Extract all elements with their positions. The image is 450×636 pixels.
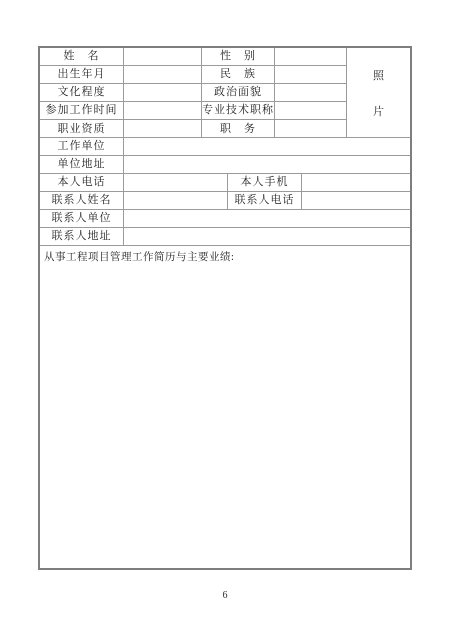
qualification-field[interactable] bbox=[124, 120, 202, 138]
row-work-unit: 工作单位 bbox=[40, 138, 410, 156]
row-unit-address: 单位地址 bbox=[40, 156, 410, 174]
personal-mobile-label: 本人手机 bbox=[228, 174, 302, 191]
personal-phone-label: 本人电话 bbox=[40, 174, 124, 191]
position-field[interactable] bbox=[275, 120, 347, 138]
contact-phone-field[interactable] bbox=[302, 192, 410, 209]
birth-date-label: 出生年月 bbox=[40, 66, 124, 83]
contact-address-field[interactable] bbox=[124, 228, 410, 245]
contact-name-field[interactable] bbox=[124, 192, 228, 209]
political-status-label: 政治面貌 bbox=[202, 84, 275, 101]
row-qualification-position: 职业资质 职 务 bbox=[40, 120, 347, 138]
gender-field[interactable] bbox=[275, 48, 347, 65]
personal-mobile-field[interactable] bbox=[302, 174, 410, 191]
gender-label: 性 别 bbox=[202, 48, 275, 65]
row-phone-mobile: 本人电话 本人手机 bbox=[40, 174, 410, 192]
work-start-label: 参加工作时间 bbox=[40, 102, 124, 119]
contact-unit-label: 联系人单位 bbox=[40, 210, 124, 227]
name-label: 姓 名 bbox=[40, 48, 124, 65]
resume-section-title: 从事工程项目管理工作简历与主要业绩: bbox=[40, 246, 410, 264]
row-name-gender: 姓 名 性 别 bbox=[40, 48, 347, 66]
row-birth-ethnicity: 出生年月 民 族 bbox=[40, 66, 347, 84]
identity-section: 姓 名 性 别 出生年月 民 族 文化程度 政治面貌 参加工作时间 专业 bbox=[40, 48, 410, 138]
row-contact-address: 联系人地址 bbox=[40, 228, 410, 246]
resume-section: 从事工程项目管理工作简历与主要业绩: bbox=[40, 246, 410, 568]
qualification-label: 职业资质 bbox=[40, 120, 124, 138]
photo-label-bottom: 片 bbox=[373, 103, 384, 119]
contact-phone-label: 联系人电话 bbox=[228, 192, 302, 209]
position-label: 职 务 bbox=[202, 120, 275, 138]
personal-info-form-table: 姓 名 性 别 出生年月 民 族 文化程度 政治面貌 参加工作时间 专业 bbox=[38, 46, 412, 570]
contact-name-label: 联系人姓名 bbox=[40, 192, 124, 209]
political-status-field[interactable] bbox=[275, 84, 347, 101]
birth-date-field[interactable] bbox=[124, 66, 202, 83]
contact-address-label: 联系人地址 bbox=[40, 228, 124, 245]
resume-content-area[interactable] bbox=[40, 264, 410, 568]
tech-title-label: 专业技术职称 bbox=[202, 102, 275, 119]
unit-address-field[interactable] bbox=[124, 156, 410, 173]
ethnicity-label: 民 族 bbox=[202, 66, 275, 83]
photo-label-top: 照 bbox=[373, 67, 384, 83]
row-contact-unit: 联系人单位 bbox=[40, 210, 410, 228]
row-workstart-title: 参加工作时间 专业技术职称 bbox=[40, 102, 347, 120]
row-contact-name-phone: 联系人姓名 联系人电话 bbox=[40, 192, 410, 210]
education-field[interactable] bbox=[124, 84, 202, 101]
photo-placeholder[interactable]: 照 片 bbox=[347, 48, 410, 137]
unit-address-label: 单位地址 bbox=[40, 156, 124, 173]
name-field[interactable] bbox=[124, 48, 202, 65]
tech-title-field[interactable] bbox=[275, 102, 347, 119]
identity-fields: 姓 名 性 别 出生年月 民 族 文化程度 政治面貌 参加工作时间 专业 bbox=[40, 48, 347, 137]
work-unit-field[interactable] bbox=[124, 138, 410, 155]
contact-unit-field[interactable] bbox=[124, 210, 410, 227]
education-label: 文化程度 bbox=[40, 84, 124, 101]
work-start-field[interactable] bbox=[124, 102, 202, 119]
page-number: 6 bbox=[0, 590, 450, 601]
row-education-political: 文化程度 政治面貌 bbox=[40, 84, 347, 102]
work-unit-label: 工作单位 bbox=[40, 138, 124, 155]
ethnicity-field[interactable] bbox=[275, 66, 347, 83]
personal-phone-field[interactable] bbox=[124, 174, 228, 191]
